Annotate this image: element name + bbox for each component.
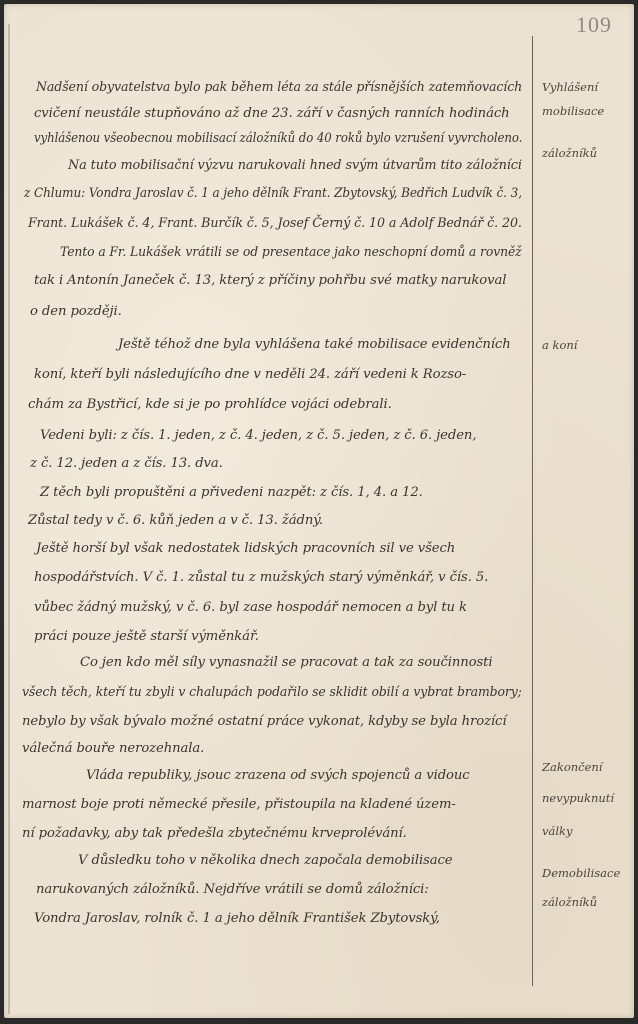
handwritten-line: Frant. Lukášek č. 4, Frant. Burčík č. 5,…	[28, 216, 522, 231]
handwritten-line: z č. 12. jeden a z čís. 13. dva.	[30, 456, 223, 471]
handwritten-line: Na tuto mobilisační výzvu narukovali hne…	[68, 158, 522, 173]
handwritten-line: marnost boje proti německé přesile, přis…	[22, 797, 456, 812]
margin-note: záložníků	[542, 146, 597, 160]
handwritten-line: Z těch byli propuštěni a přivedeni nazpě…	[40, 485, 423, 500]
handwritten-line: všech těch, kteří tu zbyli v chalupách p…	[22, 685, 522, 700]
handwritten-line: Co jen kdo měl síly vynasnažil se pracov…	[80, 655, 493, 670]
handwritten-line: Ještě horší byl však nedostatek lidských…	[36, 541, 455, 556]
handwritten-line: chám za Bystřicí, kde si je po prohlídce…	[28, 397, 392, 412]
handwritten-line: Ještě téhož dne byla vyhlášena také mobi…	[118, 337, 511, 352]
page-number: 109	[576, 12, 612, 38]
handwritten-line: Nadšení obyvatelstva bylo pak během léta…	[36, 80, 522, 95]
handwritten-line: Vedeni byli: z čís. 1. jeden, z č. 4. je…	[40, 428, 476, 443]
binding-edge	[8, 24, 10, 1014]
handwritten-line: z Chlumu: Vondra Jaroslav č. 1 a jeho dě…	[24, 186, 522, 201]
handwritten-line: o den později.	[30, 304, 122, 319]
handwritten-line: nebylo by však bývalo možné ostatní prác…	[22, 714, 506, 729]
margin-note: záložníků	[542, 895, 597, 909]
handwritten-line: cvičení neustále stupňováno až dne 23. z…	[34, 106, 510, 121]
margin-rule	[532, 36, 533, 986]
handwritten-line: vyhlášenou všeobecnou mobilisací záložní…	[34, 131, 522, 146]
handwritten-line: V důsledku toho v několika dnech započal…	[78, 853, 453, 868]
handwritten-line: Vláda republiky, jsouc zrazena od svých …	[86, 768, 470, 783]
handwritten-line: Tento a Fr. Lukášek vrátili se od presen…	[60, 245, 522, 260]
handwritten-line: válečná bouře nerozehnala.	[22, 741, 204, 756]
margin-note: Vyhlášení	[542, 80, 598, 94]
handwritten-line: Zůstal tedy v č. 6. kůň jeden a v č. 13.…	[28, 513, 323, 528]
handwritten-line: koní, kteří byli následujícího dne v ned…	[34, 367, 466, 382]
margin-note: války	[542, 824, 573, 838]
margin-note: a koní	[542, 338, 578, 352]
handwritten-line: narukovaných záložníků. Nejdříve vrátili…	[36, 882, 429, 897]
ledger-page: 109 Nadšení obyvatelstva bylo pak během …	[4, 4, 634, 1018]
handwritten-line: vůbec žádný mužský, v č. 6. byl zase hos…	[34, 600, 467, 615]
handwritten-line: práci pouze ještě starší výměnkář.	[34, 629, 259, 644]
margin-note: nevypuknutí	[542, 791, 614, 805]
handwritten-line: ní požadavky, aby tak předešla zbytečném…	[22, 826, 407, 841]
handwritten-line: Vondra Jaroslav, rolník č. 1 a jeho děln…	[34, 911, 440, 926]
handwritten-line: hospodářstvích. V č. 1. zůstal tu z mužs…	[34, 570, 488, 585]
margin-note: Demobilisace	[542, 866, 620, 880]
margin-note: Zakončení	[542, 760, 602, 774]
margin-note: mobilisace	[542, 104, 604, 118]
handwritten-line: tak i Antonín Janeček č. 13, který z pří…	[34, 273, 506, 288]
